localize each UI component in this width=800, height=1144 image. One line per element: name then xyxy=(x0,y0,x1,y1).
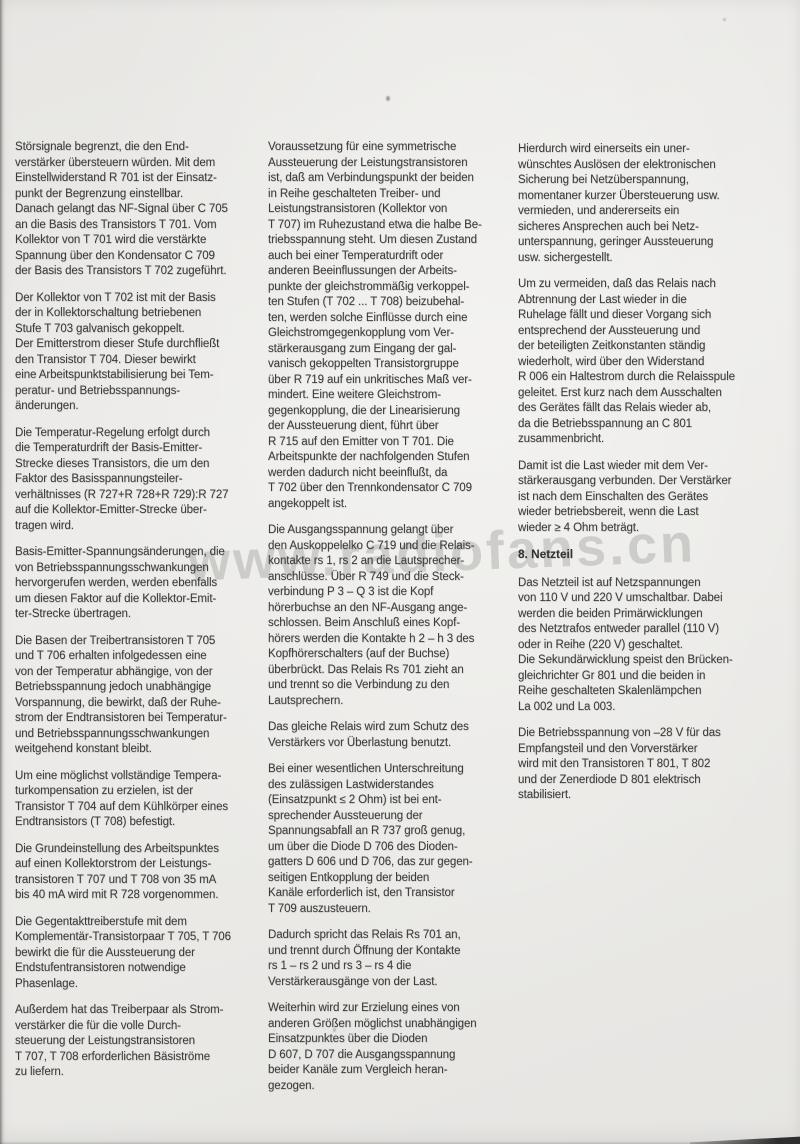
paragraph: Um eine möglichst vollständige Tempera- … xyxy=(15,769,260,831)
paragraph: Die Betriebsspannung von –28 V für das E… xyxy=(518,726,770,804)
scan-speck xyxy=(333,1028,336,1032)
paragraph: Außerdem hat das Treiberpaar als Strom- … xyxy=(15,1003,260,1081)
paragraph: Das gleiche Relais wird zum Schutz des V… xyxy=(268,720,503,751)
paragraph: Weiterhin wird zur Erzielung eines von a… xyxy=(268,1001,503,1094)
paragraph: Die Gegentakttreiberstufe mit dem Komple… xyxy=(15,915,260,993)
scan-corner-artifact xyxy=(690,1135,800,1144)
paragraph: Die Basen der Treibertransistoren T 705 … xyxy=(15,634,260,758)
paragraph: Die Grundeinstellung des Arbeitspunktes … xyxy=(15,842,260,904)
scan-speck xyxy=(386,96,390,101)
paragraph: Das Netzteil ist auf Netzspannungen von … xyxy=(518,576,770,716)
paragraph: Die Ausgangsspannung gelangt über den Au… xyxy=(268,523,503,709)
paragraph: Basis-Emitter-Spannungsänderungen, die v… xyxy=(15,545,260,623)
text-column-1: Störsignale begrenzt, die den End- verst… xyxy=(15,140,260,1092)
paragraph: Bei einer wesentlichen Unterschreitung d… xyxy=(268,762,503,917)
paragraph: Hierdurch wird einerseits ein uner- wüns… xyxy=(518,142,770,266)
scan-speck xyxy=(723,18,726,21)
scanned-page: www.radiofans.cn Störsignale begrenzt, d… xyxy=(0,0,800,1144)
scan-edge-left xyxy=(0,0,5,1144)
paragraph: Um zu vermeiden, daß das Relais nach Abt… xyxy=(518,277,770,448)
paragraph: Damit ist die Last wieder mit dem Ver- s… xyxy=(518,459,770,537)
text-column-3: Hierdurch wird einerseits ein uner- wüns… xyxy=(518,142,770,815)
paragraph: Störsignale begrenzt, die den End- verst… xyxy=(15,140,260,280)
paragraph: Der Kollektor von T 702 ist mit der Basi… xyxy=(15,291,260,415)
section-heading: 8. Netzteil xyxy=(518,547,770,563)
paragraph: Die Temperatur-Regelung erfolgt durch di… xyxy=(15,426,260,535)
text-column-2: Voraussetzung für eine symmetrische Auss… xyxy=(268,140,503,1105)
paragraph: Dadurch spricht das Relais Rs 701 an, un… xyxy=(268,928,503,990)
paragraph: Voraussetzung für eine symmetrische Auss… xyxy=(268,140,503,512)
